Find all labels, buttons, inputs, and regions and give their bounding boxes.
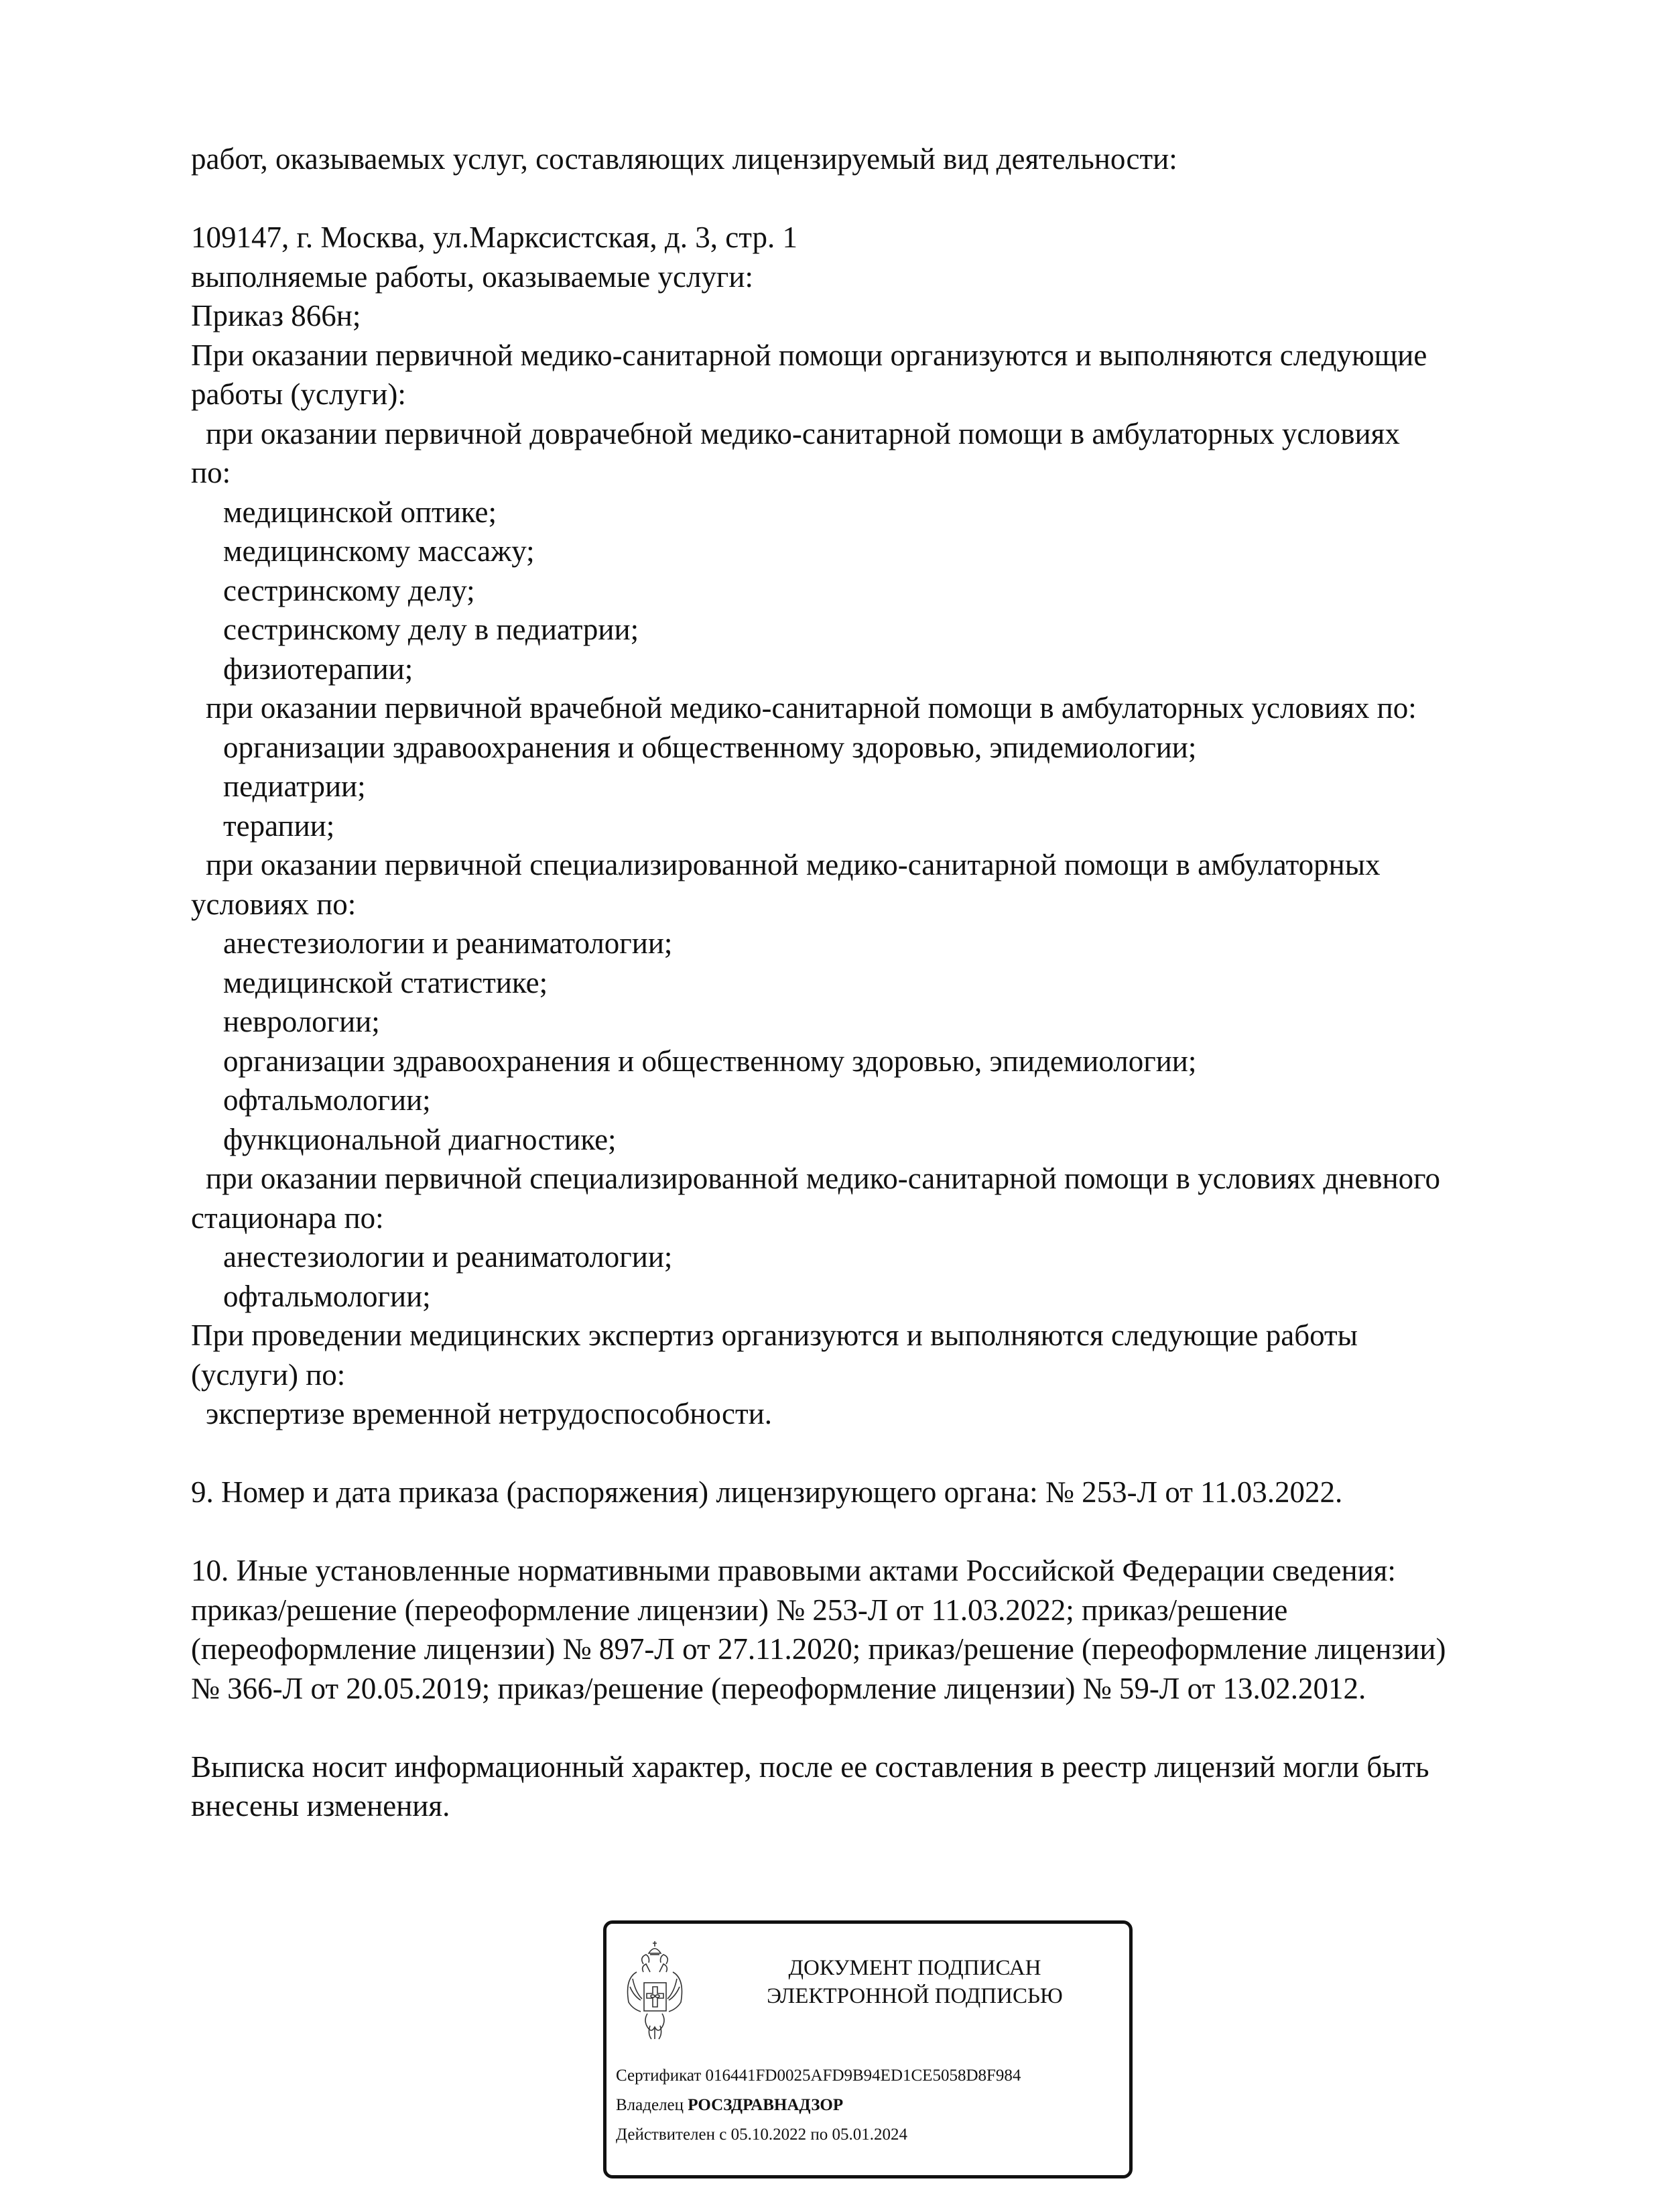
text-line: При проведении медицинских экспертиз орг… — [191, 1316, 1531, 1355]
owner-row: Владелец РОСЗДРАВНАДЗОР — [616, 2091, 1021, 2120]
signature-title-line2: ЭЛЕКТРОННОЙ ПОДПИСЬЮ — [707, 1982, 1123, 2010]
text-line: приказ/решение (переоформление лицензии)… — [191, 1591, 1531, 1630]
text-line: организации здравоохранения и общественн… — [191, 1042, 1531, 1081]
text-line: при оказании первичной специализированно… — [191, 1159, 1531, 1199]
valid-to-date: 05.01.2024 — [832, 2126, 908, 2144]
text-line: экспертизе временной нетрудоспособности. — [191, 1394, 1531, 1434]
text-line: физиотерапии; — [191, 650, 1531, 689]
text-line: при оказании первичной врачебной медико-… — [191, 688, 1531, 728]
paragraph-gap — [191, 1434, 1531, 1473]
paragraph-gap — [191, 1512, 1531, 1552]
owner-label: Владелец — [616, 2096, 684, 2114]
text-line: офтальмологии; — [191, 1081, 1531, 1120]
signature-title: ДОКУМЕНТ ПОДПИСАН ЭЛЕКТРОННОЙ ПОДПИСЬЮ — [707, 1954, 1123, 2010]
validity-row: Действителен с 05.10.2022 по 05.01.2024 — [616, 2120, 1021, 2150]
text-line: 10. Иные установленные нормативными прав… — [191, 1551, 1531, 1591]
signature-title-line1: ДОКУМЕНТ ПОДПИСАН — [707, 1954, 1123, 1982]
text-line: выполняемые работы, оказываемые услуги: — [191, 257, 1531, 297]
certificate-row: Сертификат 016441FD0025AFD9B94ED1CE5058D… — [616, 2061, 1021, 2091]
validity-label: Действителен — [616, 2126, 715, 2144]
text-line: Выписка носит информационный характер, п… — [191, 1747, 1531, 1787]
text-line: 9. Номер и дата приказа (распоряжения) л… — [191, 1473, 1531, 1512]
text-line: Приказ 866н; — [191, 296, 1531, 336]
text-line: офтальмологии; — [191, 1277, 1531, 1316]
text-line: (услуги) по: — [191, 1355, 1531, 1395]
paragraph-gap — [191, 179, 1531, 219]
electronic-signature-stamp: ДОКУМЕНТ ПОДПИСАН ЭЛЕКТРОННОЙ ПОДПИСЬЮ С… — [603, 1920, 1133, 2178]
text-line: функциональной диагностике; — [191, 1120, 1531, 1160]
text-line: медицинскому массажу; — [191, 532, 1531, 571]
text-line: при оказании первичной специализированно… — [191, 845, 1531, 885]
paragraph-gap — [191, 1708, 1531, 1747]
text-line: сестринскому делу в педиатрии; — [191, 610, 1531, 650]
text-line: неврологии; — [191, 1002, 1531, 1042]
text-line: организации здравоохранения и общественн… — [191, 728, 1531, 767]
text-line: медицинской статистике; — [191, 963, 1531, 1003]
valid-from-prefix: с — [719, 2126, 726, 2144]
valid-to-prefix: по — [810, 2126, 828, 2144]
text-line: работ, оказываемых услуг, составляющих л… — [191, 139, 1531, 179]
coat-of-arms-emblem-icon — [623, 1939, 687, 2042]
text-line: терапии; — [191, 806, 1531, 846]
text-line: при оказании первичной доврачебной медик… — [191, 414, 1531, 454]
text-line: по: — [191, 453, 1531, 493]
text-line: работы (услуги): — [191, 375, 1531, 414]
owner-value: РОСЗДРАВНАДЗОР — [688, 2096, 843, 2114]
text-line: анестезиологии и реаниматологии; — [191, 1237, 1531, 1277]
text-line: стационара по: — [191, 1199, 1531, 1238]
certificate-value: 016441FD0025AFD9B94ED1CE5058D8F984 — [706, 2067, 1021, 2085]
text-line: При оказании первичной медико-санитарной… — [191, 336, 1531, 375]
text-line: № 366-Л от 20.05.2019; приказ/решение (п… — [191, 1669, 1531, 1709]
text-line: 109147, г. Москва, ул.Марксистская, д. 3… — [191, 218, 1531, 257]
text-line: анестезиологии и реаниматологии; — [191, 924, 1531, 963]
text-line: медицинской оптике; — [191, 493, 1531, 532]
text-line: педиатрии; — [191, 767, 1531, 806]
text-line: внесены изменения. — [191, 1786, 1531, 1826]
text-line: условиях по: — [191, 885, 1531, 924]
document-body: работ, оказываемых услуг, составляющих л… — [191, 139, 1531, 1826]
valid-from-date: 05.10.2022 — [731, 2126, 807, 2144]
certificate-label: Сертификат — [616, 2067, 701, 2085]
text-line: (переоформление лицензии) № 897-Л от 27.… — [191, 1630, 1531, 1669]
text-line: сестринскому делу; — [191, 571, 1531, 611]
